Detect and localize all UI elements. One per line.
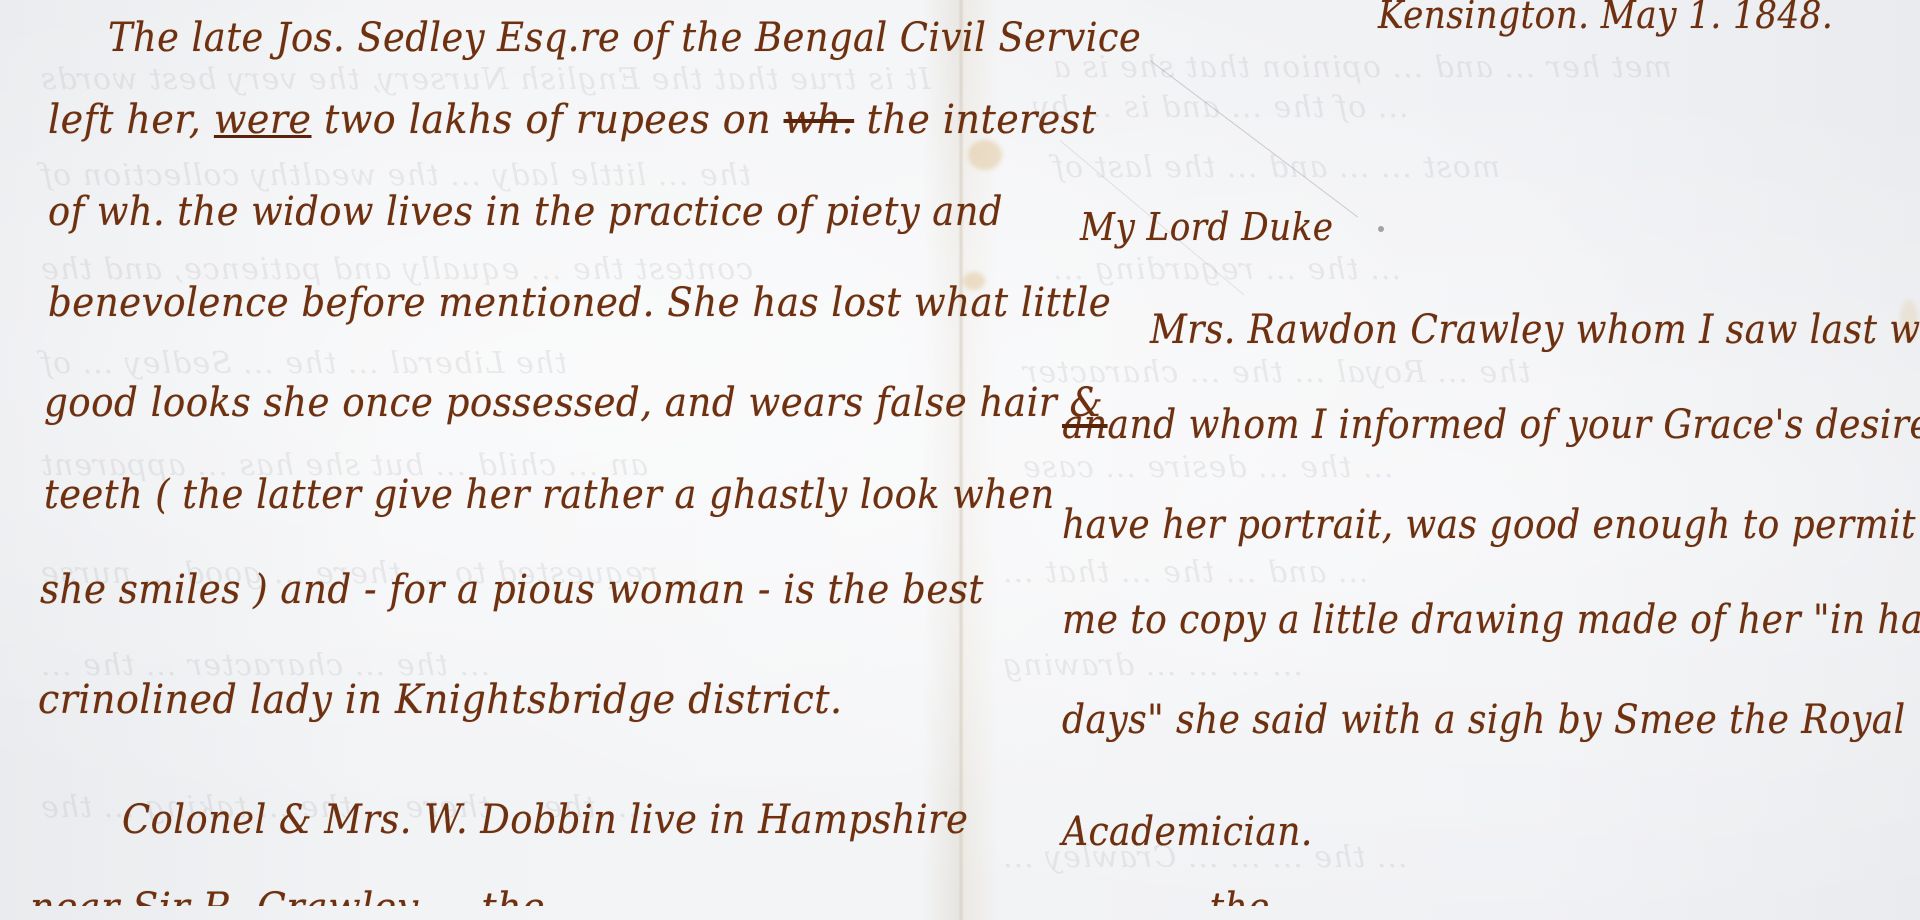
letter-line: good looks she once possessed, and wears… — [44, 383, 1103, 423]
struck-word: an — [1062, 402, 1108, 448]
letter-line: left her, were two lakhs of rupees on wh… — [48, 100, 1096, 140]
letter-line-partial: ... the ... — [1162, 888, 1317, 920]
letter-line: Academician. — [1062, 812, 1313, 852]
letter-line: of wh. the widow lives in the practice o… — [48, 192, 1003, 232]
bleed-through-line: ... the ... regarding ... — [1052, 252, 1401, 287]
letter-text: and whom I informed of your Grace's desi… — [1108, 402, 1920, 448]
letter-salutation: My Lord Duke — [1080, 208, 1333, 246]
bleed-through-line: the ... little lady ... the wealthy coll… — [40, 158, 751, 193]
letter-line: she smiles ) and - for a pious woman - i… — [40, 570, 984, 610]
bleed-through-line: It is true that the English Nursery, the… — [40, 62, 931, 97]
letter-line: crinolined lady in Knightsbridge distric… — [38, 680, 843, 720]
bleed-through-line: ... the ... desire ... case — [1022, 450, 1394, 485]
bleed-through-line: ... of the ... and is ... by — [1032, 90, 1408, 125]
struck-word: wh. — [784, 97, 855, 143]
letter-text: left her, — [48, 97, 214, 143]
letter-line: benevolence before mentioned. She has lo… — [48, 283, 1111, 323]
letter-line: Colonel & Mrs. W. Dobbin live in Hampshi… — [122, 800, 968, 840]
letter-date-header: Kensington. May 1. 1848. — [1378, 0, 1833, 34]
bleed-through-line: the ... Royal ... the ... character — [1022, 355, 1531, 390]
struck-word: were — [214, 97, 312, 143]
bleed-through-line: ... and ... the ... that ... — [1002, 555, 1369, 590]
left-page: It is true that the English Nursery, the… — [0, 0, 960, 920]
letter-line: have her portrait, was good enough to pe… — [1062, 505, 1916, 545]
letter-line-partial: near Sir R. Crawley ... the ... — [30, 888, 595, 920]
letter-line: teeth ( the latter give her rather a gha… — [44, 475, 1055, 515]
bleed-through-line: most ... ... and ... the last of — [1052, 150, 1500, 185]
bleed-through-line: ... ... ... ... drawing — [1002, 648, 1303, 683]
letter-text: two lakhs of rupees on — [324, 97, 784, 143]
bleed-through-line: the Liberal ... the ... Sedley ... of — [40, 346, 567, 381]
letter-line: anand whom I informed of your Grace's de… — [1062, 405, 1920, 445]
letter-line: Mrs. Rawdon Crawley whom I saw last week — [1150, 310, 1920, 350]
letter-line: days" she said with a sigh by Smee the R… — [1062, 700, 1906, 740]
manuscript-spread: It is true that the English Nursery, the… — [0, 0, 1920, 920]
letter-line: me to copy a little drawing made of her … — [1062, 600, 1920, 640]
bleed-through-line: met her ... and ... opinion that she is … — [1052, 50, 1672, 85]
right-page: met her ... and ... opinion that she is … — [962, 0, 1920, 920]
